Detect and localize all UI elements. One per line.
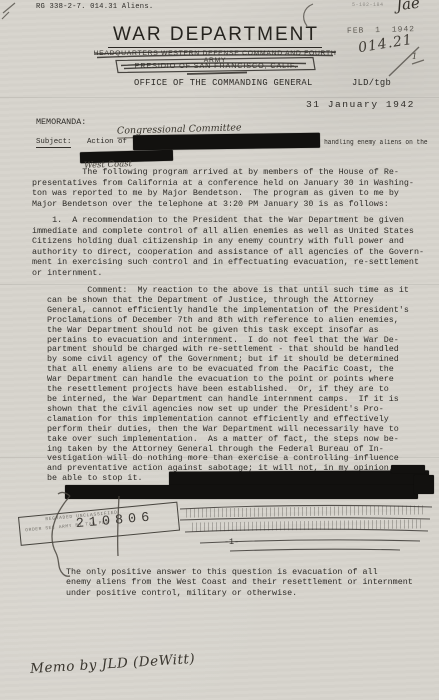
scan-band (0, 97, 439, 98)
subject-text-pre: Action of (87, 138, 127, 146)
scribble-stroke-5 (230, 549, 400, 551)
office-line: OFFICE OF THE COMMANDING GENERAL (134, 78, 313, 88)
subject-redaction-bar-1 (133, 133, 320, 151)
archive-ref-number: RG 338-2-7. 014.31 Aliens. (36, 3, 153, 11)
footer-handwritten-note: Memo by JLD (DeWitt) (30, 651, 196, 677)
scribbled-text-ghost-row2 (192, 519, 422, 531)
letterhead-title-underline (108, 47, 322, 49)
scribbled-text-ghost-row1 (186, 505, 424, 517)
redaction-block-top-bump (391, 465, 425, 473)
file-number-handwritten: 014.21 (357, 32, 414, 56)
declassification-stamp: REGRADED UNCLASSIFIED ORDER SEC ARMY BY … (18, 502, 180, 546)
redaction-block-row2 (65, 485, 418, 499)
closing-paragraph: The only positive answer to this questio… (66, 567, 426, 598)
page-number: -1- (224, 537, 239, 547)
subject-label: Subject: (36, 138, 71, 148)
paragraph-recommendation: 1. A recommendation to the President tha… (32, 215, 434, 279)
faint-print-fragment: 5-102-184 (352, 2, 384, 8)
scanned-memo-page: RG 338-2-7. 014.31 Aliens. WAR DEPARTMEN… (0, 0, 439, 700)
paragraph-comment: Comment: My reaction to the above is tha… (47, 286, 433, 484)
corner-pencil-scribble (2, 3, 15, 19)
memoranda-label: MEMORANDA: (36, 117, 86, 127)
comment-text-main: Comment: My reaction to the above is tha… (47, 286, 433, 464)
redaction-block-right-ext (414, 475, 434, 494)
subject-annotation-below: West Coast (84, 159, 132, 171)
subject-text-post: on handling enemy aliens on the (313, 139, 428, 147)
slash-annotation-number: 1 (412, 52, 417, 61)
reference-initials: JLD/tgb (352, 78, 391, 88)
location-underline (187, 73, 247, 75)
letterhead-location: PRESIDIO OF SAN FRANCISCO, CALIF. (116, 61, 316, 70)
corner-mark-handwritten: Jae (395, 0, 421, 14)
top-center-pencil-curl (304, 4, 313, 26)
paragraph-program: The following program arrived at by memb… (32, 167, 434, 209)
memo-date: 31 January 1942 (306, 99, 415, 110)
letterhead-title: WAR DEPARTMENT (92, 24, 340, 46)
